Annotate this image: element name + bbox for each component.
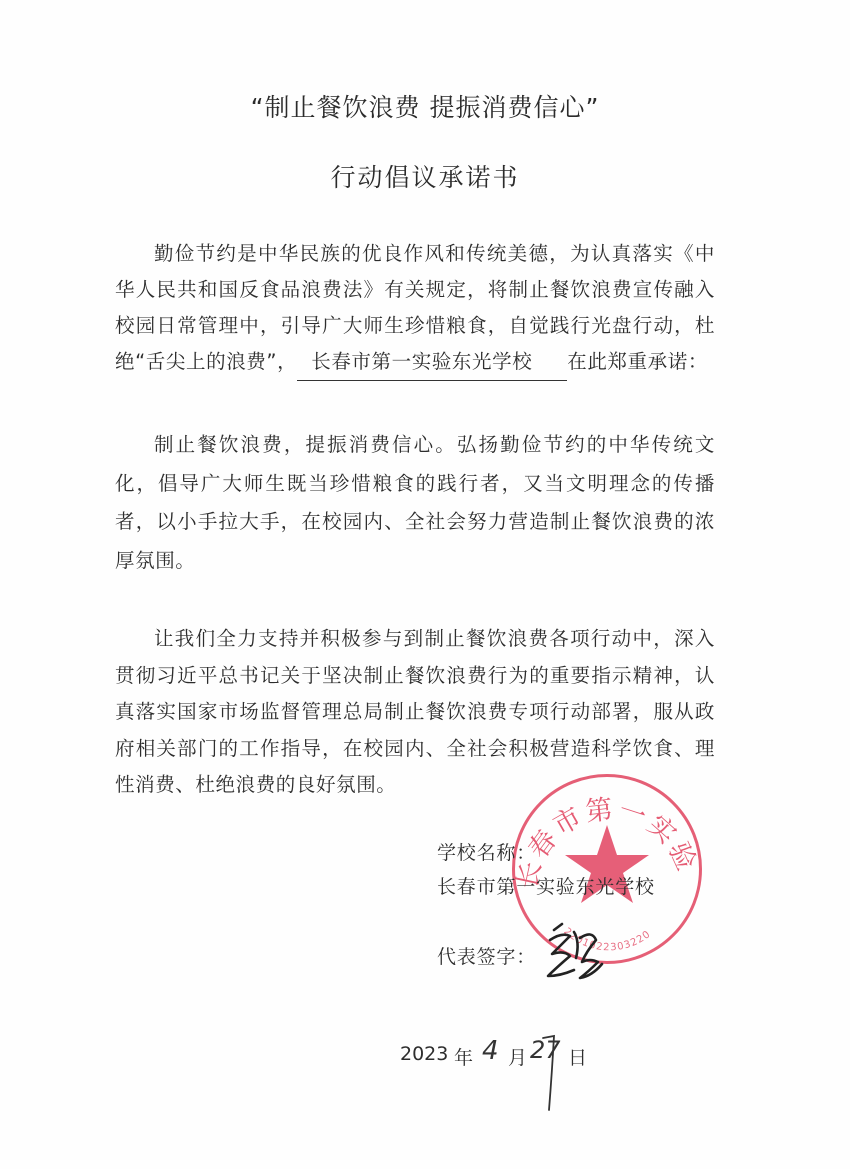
document-title-line1: “制止餐饮浪费 提振消费信心” [0, 88, 850, 124]
school-name-label: 学校名称： [437, 838, 536, 865]
paragraph-commitment-culture: 制止餐饮浪费，提振消费信心。弘扬勤俭节约的中华传统文化，倡导广大师生既当珍惜粮食… [115, 426, 715, 580]
date-month-unit: 月 [508, 1043, 527, 1070]
paragraph-commitment-intro: 勤俭节约是中华民族的优良作风和传统美德，为认真落实《中华人民共和国反食品浪费法》… [115, 236, 715, 381]
document-title-line2: 行动倡议承诺书 [0, 158, 850, 194]
paragraph-text-end: 在此郑重承诺： [567, 350, 708, 373]
school-name-fill-field: 长春市第一实验东光学校 [297, 344, 567, 381]
date-year: 2023 [400, 1043, 448, 1065]
representative-signature-label: 代表签字： [437, 942, 536, 969]
date-year-unit: 年 [454, 1043, 473, 1070]
school-name-value: 长春市第一实验东光学校 [437, 872, 655, 899]
date-day-unit: 日 [568, 1043, 587, 1070]
handwritten-signature-icon [540, 918, 610, 988]
document-page: “制止餐饮浪费 提振消费信心” 行动倡议承诺书 勤俭节约是中华民族的优良作风和传… [0, 0, 850, 1169]
date-month-handwritten: 4 [482, 1036, 499, 1066]
handwritten-day-stroke-icon [540, 1032, 560, 1114]
